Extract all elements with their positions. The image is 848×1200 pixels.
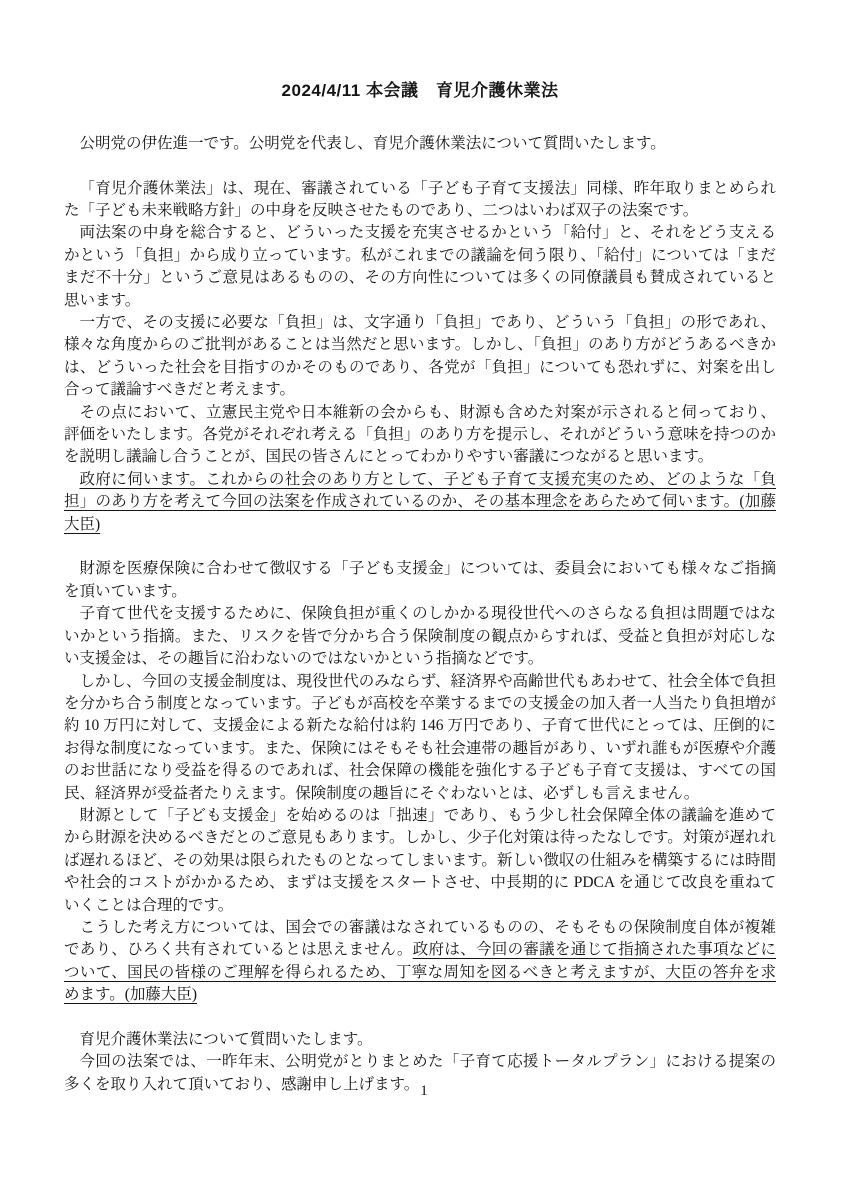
paragraph: 育児介護休業法について質問いたします。	[64, 1029, 776, 1051]
blank-line	[64, 155, 776, 177]
blank-line	[64, 110, 776, 132]
underlined-text: 政府に伺います。これからの社会のあり方として、子ども子育て支援充実のため、どのよ…	[64, 471, 776, 533]
blank-line	[64, 536, 776, 558]
text-segment: 両法案の中身を総合すると、どういった支援を充実させるかという「給付」と、それをど…	[64, 224, 776, 308]
text-segment: 「育児介護休業法」は、現在、審議されている「子ども子育て支援法」同様、昨年取りま…	[64, 180, 776, 219]
text-segment: 公明党の伊佐進一です。公明党を代表し、育児介護休業法について質問いたします。	[80, 135, 666, 152]
blank-line	[64, 1007, 776, 1029]
text-segment: 子育て世代を支援するために、保険負担が重くのしかかる現役世代へのさらなる負担は問…	[64, 605, 776, 667]
paragraph: 財源として「子ども支援金」を始めるのは「拙速」であり、もう少し社会保障全体の議論…	[64, 805, 776, 917]
paragraph: 両法案の中身を総合すると、どういった支援を充実させるかという「給付」と、それをど…	[64, 222, 776, 312]
paragraph: 政府に伺います。これからの社会のあり方として、子ども子育て支援充実のため、どのよ…	[64, 469, 776, 536]
paragraph: 財源を医療保険に合わせて徴収する「子ども支援金」については、委員会においても様々…	[64, 558, 776, 603]
paragraph: こうした考え方については、国会での審議はなされているものの、そもそもの保険制度自…	[64, 917, 776, 1007]
text-segment: しかし、今回の支援金制度は、現役世代のみならず、経済界や高齢世代もあわせて、社会…	[64, 673, 776, 802]
paragraph: 一方で、その支援に必要な「負担」は、文字通り「負担」であり、どういう「負担」の形…	[64, 312, 776, 402]
text-segment: その点において、立憲民主党や日本維新の会からも、財源も含めた対案が示されると伺っ…	[64, 404, 776, 466]
paragraph: 子育て世代を支援するために、保険負担が重くのしかかる現役世代へのさらなる負担は問…	[64, 603, 776, 670]
paragraph: 公明党の伊佐進一です。公明党を代表し、育児介護休業法について質問いたします。	[64, 133, 776, 155]
document-body: 公明党の伊佐進一です。公明党を代表し、育児介護休業法について質問いたします。「育…	[64, 110, 776, 1096]
document-page: 2024/4/11 本会議 育児介護休業法 公明党の伊佐進一です。公明党を代表し…	[0, 0, 848, 1200]
paragraph: しかし、今回の支援金制度は、現役世代のみならず、経済界や高齢世代もあわせて、社会…	[64, 671, 776, 805]
text-segment: 育児介護休業法について質問いたします。	[80, 1031, 373, 1048]
page-number: 1	[0, 1082, 848, 1100]
paragraph: その点において、立憲民主党や日本維新の会からも、財源も含めた対案が示されると伺っ…	[64, 402, 776, 469]
paragraph: 「育児介護休業法」は、現在、審議されている「子ども子育て支援法」同様、昨年取りま…	[64, 178, 776, 223]
text-segment: 一方で、その支援に必要な「負担」は、文字通り「負担」であり、どういう「負担」の形…	[64, 314, 776, 398]
text-segment: 財源として「子ども支援金」を始めるのは「拙速」であり、もう少し社会保障全体の議論…	[64, 807, 776, 914]
document-content: 2024/4/11 本会議 育児介護休業法 公明党の伊佐進一です。公明党を代表し…	[0, 0, 848, 1096]
text-segment: 財源を医療保険に合わせて徴収する「子ども支援金」については、委員会においても様々…	[64, 560, 776, 599]
document-title: 2024/4/11 本会議 育児介護休業法	[64, 80, 776, 102]
